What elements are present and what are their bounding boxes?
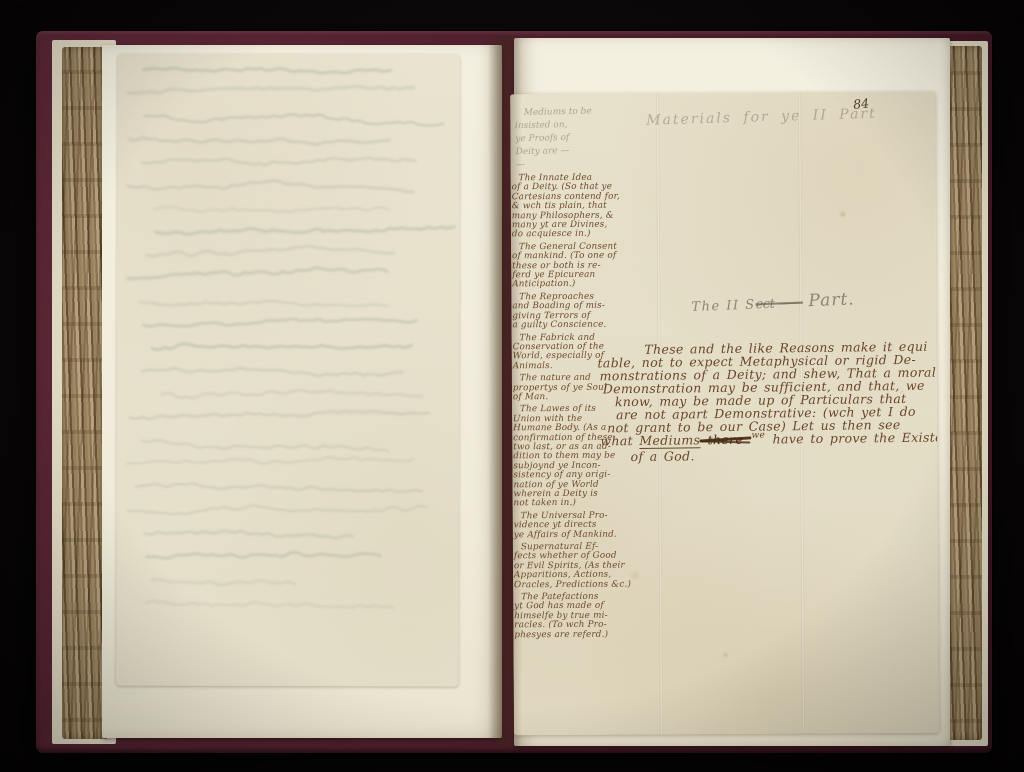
margin-note-item: The Patefactionsyt God has made ofhimsel… xyxy=(514,593,646,641)
section-heading: The II Sect —— Part. xyxy=(691,289,855,316)
pencil-heading: Materials for ye II Part xyxy=(646,105,916,129)
photograph-of-open-manuscript-book: 84 Materials for ye II Part Mediums to b… xyxy=(0,0,1024,772)
section-heading-pre: The II S xyxy=(691,297,756,315)
margin-note-line: do acquiesce in.) xyxy=(512,230,644,240)
right-page-edges xyxy=(946,46,982,740)
pencil-margin-note: Mediums to beinsisted on,ye Proofs ofDei… xyxy=(515,105,629,173)
manuscript-leaf: 84 Materials for ye II Part Mediums to b… xyxy=(510,92,939,736)
struck-word: there xyxy=(701,432,749,448)
main-text: These and the like Reasons make it equit… xyxy=(511,340,937,465)
margin-note-line: Anticipation.) xyxy=(512,280,644,290)
left-mounted-leaf xyxy=(116,54,460,687)
margin-note-item: The Innate Ideaof a Deity. (So that yeCa… xyxy=(512,173,644,240)
margin-note-item: The General Consentof mankind. (To one o… xyxy=(512,242,644,290)
margin-note-line: a guilty Conscience. xyxy=(512,321,644,331)
section-heading-struck: ect —— xyxy=(755,295,803,312)
margin-note-line: not taken in.) xyxy=(514,499,646,509)
text-segment: of a God. xyxy=(630,448,694,464)
margin-note-line: ye Affairs of Mankind. xyxy=(514,530,646,540)
margin-note-item: The Reproachesand Boading of mis-giving … xyxy=(512,292,644,330)
margin-note-item: The Universal Pro-vidence yt directsye A… xyxy=(514,511,646,540)
main-text-line: of a God. xyxy=(630,447,937,463)
margin-note-line: phesyes are referd.) xyxy=(514,630,646,640)
pencil-note-line: — xyxy=(516,157,628,173)
underlined-word: Mediums xyxy=(639,432,700,449)
margin-note-item: Supernatural Ef-fects whether of Goodor … xyxy=(514,543,646,591)
section-heading-part: Part. xyxy=(808,289,855,311)
margin-note-line: Oracles, Predictions &c.) xyxy=(514,580,646,590)
inserted-word: we xyxy=(751,430,765,443)
text-segment: have to prove the Existence xyxy=(766,429,939,446)
bleedthrough-writing xyxy=(116,54,460,687)
text-segment: what xyxy=(600,433,639,448)
